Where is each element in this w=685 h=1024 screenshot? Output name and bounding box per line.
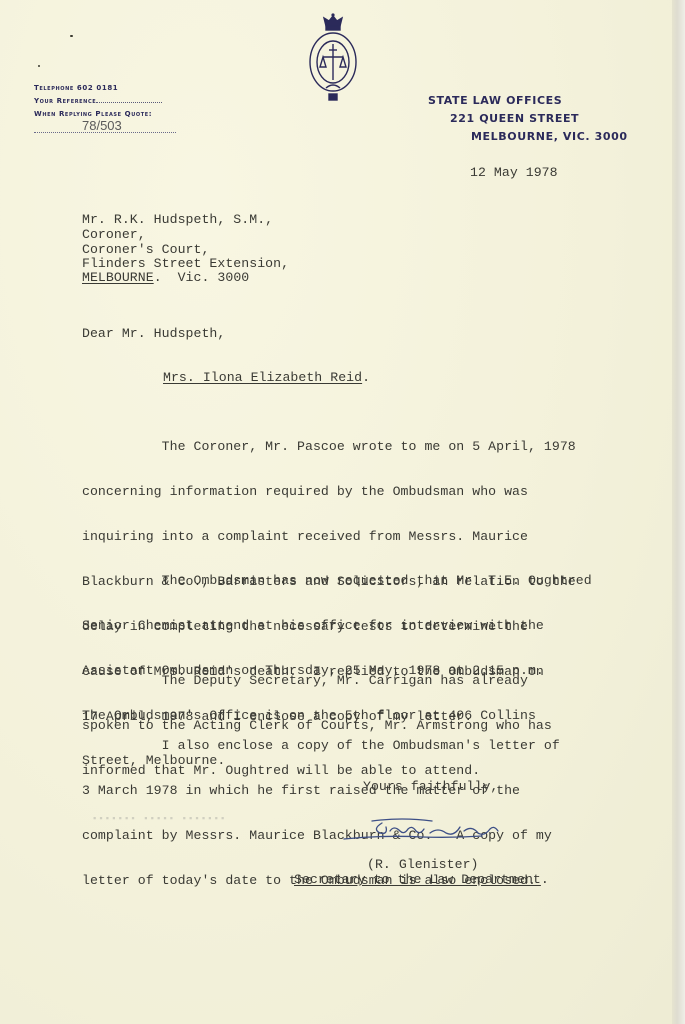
- recipient-street: Flinders Street Extension,: [82, 256, 289, 271]
- law-department-crest-icon: [304, 12, 362, 104]
- faint-show-through-text: ▪▪▪▪▪▪▪ ▪▪▪▪▪ ▪▪▪▪▪▪▪: [92, 814, 226, 824]
- letter-date: 12 May 1978: [470, 165, 558, 180]
- paragraph-line: The Deputy Secretary, Mr. Carrigan has a…: [82, 673, 552, 688]
- subject-period: .: [362, 370, 370, 385]
- ink-speck: [70, 35, 73, 37]
- telephone-label: Telephone 602 0181: [34, 84, 118, 93]
- paragraph-line: inquiring into a complaint received from…: [82, 529, 576, 544]
- signer-title-line: Secretary to the Law Department.: [294, 872, 549, 887]
- closing: Yours faithfully,: [363, 779, 498, 794]
- paragraph-line: The Coroner, Mr. Pascoe wrote to me on 5…: [82, 439, 576, 454]
- office-city: MELBOURNE, VIC. 3000: [471, 130, 628, 143]
- recipient-city: MELBOURNE. Vic. 3000: [82, 270, 249, 285]
- handwritten-signature-icon: [342, 815, 508, 847]
- recipient-city-underlined: MELBOURNE: [82, 270, 154, 285]
- recipient-title: Coroner,: [82, 227, 146, 242]
- recipient-postcode: . Vic. 3000: [154, 270, 250, 285]
- ink-speck: [38, 65, 40, 67]
- reference-dotted-line: [96, 102, 162, 103]
- your-reference-text: Your Reference: [34, 97, 96, 105]
- subject-line: Mrs. Ilona Elizabeth Reid.: [163, 370, 370, 385]
- quote-dotted-line: [34, 132, 176, 133]
- paragraph-line: concerning information required by the O…: [82, 484, 576, 499]
- paragraph-line: The Ombudsman has now requested that Mr.…: [82, 573, 592, 588]
- recipient-name: Mr. R.K. Hudspeth, S.M.,: [82, 212, 273, 227]
- your-reference-label: Your Reference: [34, 97, 162, 106]
- page-edge: [672, 0, 685, 1024]
- subject-text: Mrs. Ilona Elizabeth Reid: [163, 370, 362, 385]
- signer-title-period: .: [541, 872, 549, 887]
- signer-name: (R. Glenister): [367, 857, 479, 872]
- recipient-court: Coroner's Court,: [82, 242, 209, 257]
- paragraph-line: Senior Chemist attend at his office for …: [82, 618, 592, 633]
- office-name: STATE LAW OFFICES: [428, 94, 562, 107]
- paragraph-line: I also enclose a copy of the Ombudsman's…: [82, 738, 560, 753]
- office-street: 221 QUEEN STREET: [450, 112, 579, 125]
- signer-title: Secretary to the Law Department: [294, 872, 541, 887]
- salutation: Dear Mr. Hudspeth,: [82, 326, 225, 341]
- reference-number: 78/503: [82, 118, 122, 133]
